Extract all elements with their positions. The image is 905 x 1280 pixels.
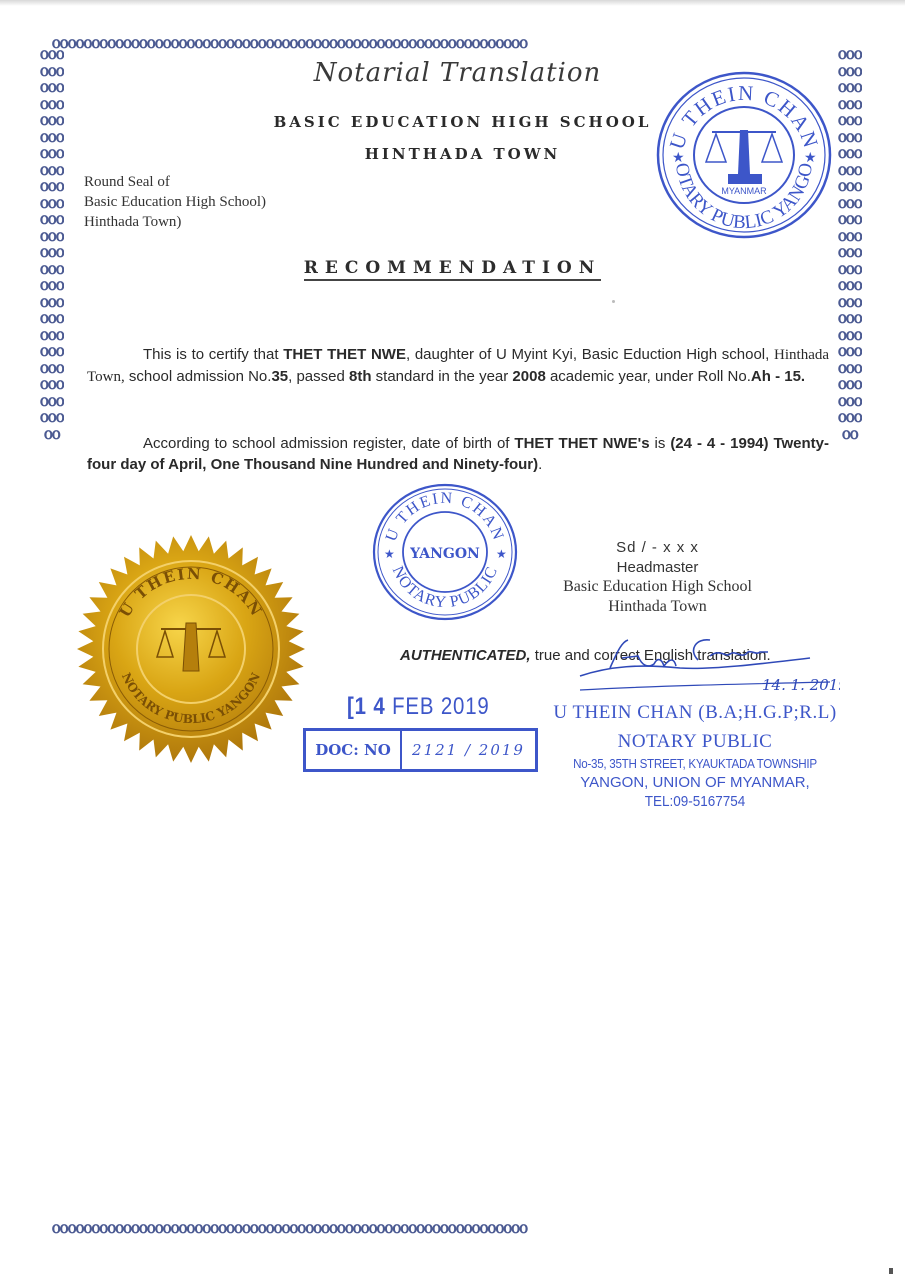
seal-note-line: Basic Education High School) (84, 192, 266, 212)
svg-text:YANGON: YANGON (409, 546, 480, 562)
admission-number: 35 (271, 368, 288, 385)
svg-text:★: ★ (496, 547, 507, 561)
notary-address: No-35, 35TH STREET, KYAUKTADA TOWNSHIP (556, 757, 835, 771)
seal-note-line: Round Seal of (84, 172, 266, 192)
date-stamp: [1 4 FEB 2019 (347, 693, 490, 721)
headmaster-signature-block: Sd / - x x x Headmaster Basic Education … (545, 538, 770, 616)
notary-handwritten-signature: 14. 1. 2019 (570, 628, 840, 708)
scan-top-shadow (0, 0, 905, 6)
ornamental-border-left: ᦞᦞᦞᦞᦞᦞᦞᦞᦞᦞᦞᦞᦞᦞᦞᦞᦞᦞᦞᦞᦞᦞᦞᦞᦞᦞᦞᦞᦞᦞᦞᦞᦞᦞᦞᦞᦞᦞᦞᦞ… (40, 46, 64, 1226)
notary-stamp-large: U THEIN CHAN NOTARY PUBLIC YANGON ★ ★ MY… (654, 70, 834, 240)
doc-no-value: 2121 / 2019 (402, 731, 535, 769)
notary-phone: TEL:09-5167754 (560, 793, 830, 810)
signed-marker: Sd / - x x x (545, 538, 770, 558)
svg-text:14. 1. 2019: 14. 1. 2019 (762, 676, 840, 694)
ornamental-border-right: ᦞᦞᦞᦞᦞᦞᦞᦞᦞᦞᦞᦞᦞᦞᦞᦞᦞᦞᦞᦞᦞᦞᦞᦞᦞᦞᦞᦞᦞᦞᦞᦞᦞᦞᦞᦞᦞᦞᦞᦞ… (838, 46, 862, 1226)
academic-year: 2008 (512, 368, 545, 385)
student-name: THET THET NWE (283, 346, 406, 363)
gold-notary-seal: U THEIN CHAN NOTARY PUBLIC YANGON (75, 533, 307, 765)
svg-text:★: ★ (384, 547, 395, 561)
round-seal-note: Round Seal of Basic Education High Schoo… (84, 172, 266, 232)
signer-school: Basic Education High School (545, 577, 770, 597)
scan-mark (889, 1268, 893, 1274)
notary-title: NOTARY PUBLIC (545, 731, 845, 753)
svg-text:★: ★ (804, 149, 817, 165)
signer-town: Hinthada Town (545, 597, 770, 617)
ornamental-border-bottom: ᦞᦞᦞᦞᦞᦞᦞᦞᦞᦞᦞᦞᦞᦞᦞᦞᦞᦞᦞᦞᦞᦞᦞᦞᦞᦞᦞᦞᦞᦞᦞᦞᦞᦞᦞᦞᦞᦞᦞᦞ… (52, 1216, 857, 1240)
doc-no-label: DOC: NO (306, 731, 402, 769)
svg-text:MYANMAR: MYANMAR (721, 186, 767, 196)
signer-role: Headmaster (545, 558, 770, 578)
notary-stamp-yangon: U THEIN CHAN NOTARY PUBLIC ★ ★ YANGON (370, 482, 520, 622)
svg-text:★: ★ (672, 149, 685, 165)
ornamental-border-top: ᦞᦞᦞᦞᦞᦞᦞᦞᦞᦞᦞᦞᦞᦞᦞᦞᦞᦞᦞᦞᦞᦞᦞᦞᦞᦞᦞᦞᦞᦞᦞᦞᦞᦞᦞᦞᦞᦞᦞᦞ… (52, 32, 857, 54)
seal-note-line: Hinthada Town) (84, 212, 266, 232)
scan-speck (612, 300, 615, 303)
svg-text:NOTARY PUBLIC: NOTARY PUBLIC (389, 564, 501, 612)
document-number-stamp: DOC: NO 2121 / 2019 (303, 728, 538, 772)
notary-city: YANGON, UNION OF MYANMAR, (545, 774, 845, 791)
student-name: THET THET NWE's (514, 435, 649, 452)
notary-name: U THEIN CHAN (B.A;H.G.P;R.L) (545, 702, 845, 724)
standard: 8th (349, 368, 372, 385)
roll-number: Ah - 15. (751, 368, 805, 385)
notary-stamp-block: U THEIN CHAN (B.A;H.G.P;R.L) NOTARY PUBL… (545, 702, 845, 810)
recommendation-heading: RECOMMENDATION (0, 258, 905, 278)
date-of-birth-paragraph: According to school admission register, … (87, 433, 829, 475)
certification-paragraph: This is to certify that THET THET NWE, d… (87, 344, 829, 388)
dob-numeric: (24 - 4 - 1994) (670, 435, 768, 452)
